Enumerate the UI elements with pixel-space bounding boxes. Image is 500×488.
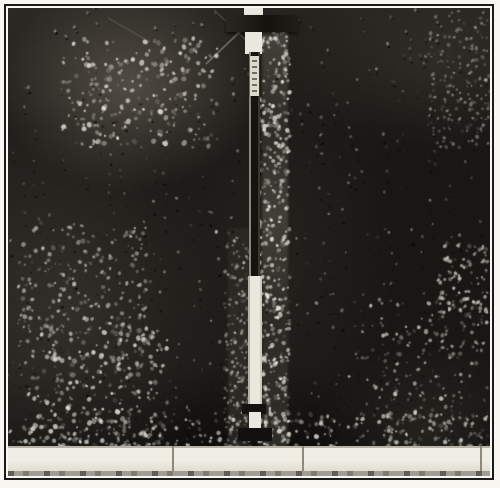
ledge-shadow-strip bbox=[8, 471, 490, 476]
ledge-joint bbox=[480, 446, 482, 471]
page: { "figure": { "type": "black-and-white p… bbox=[0, 0, 500, 488]
photograph bbox=[8, 8, 490, 476]
ledge-joint bbox=[172, 446, 174, 471]
wall-texture-canvas bbox=[8, 8, 490, 476]
ledge-joint bbox=[302, 446, 304, 471]
glazed-brick-ledge bbox=[8, 446, 490, 471]
